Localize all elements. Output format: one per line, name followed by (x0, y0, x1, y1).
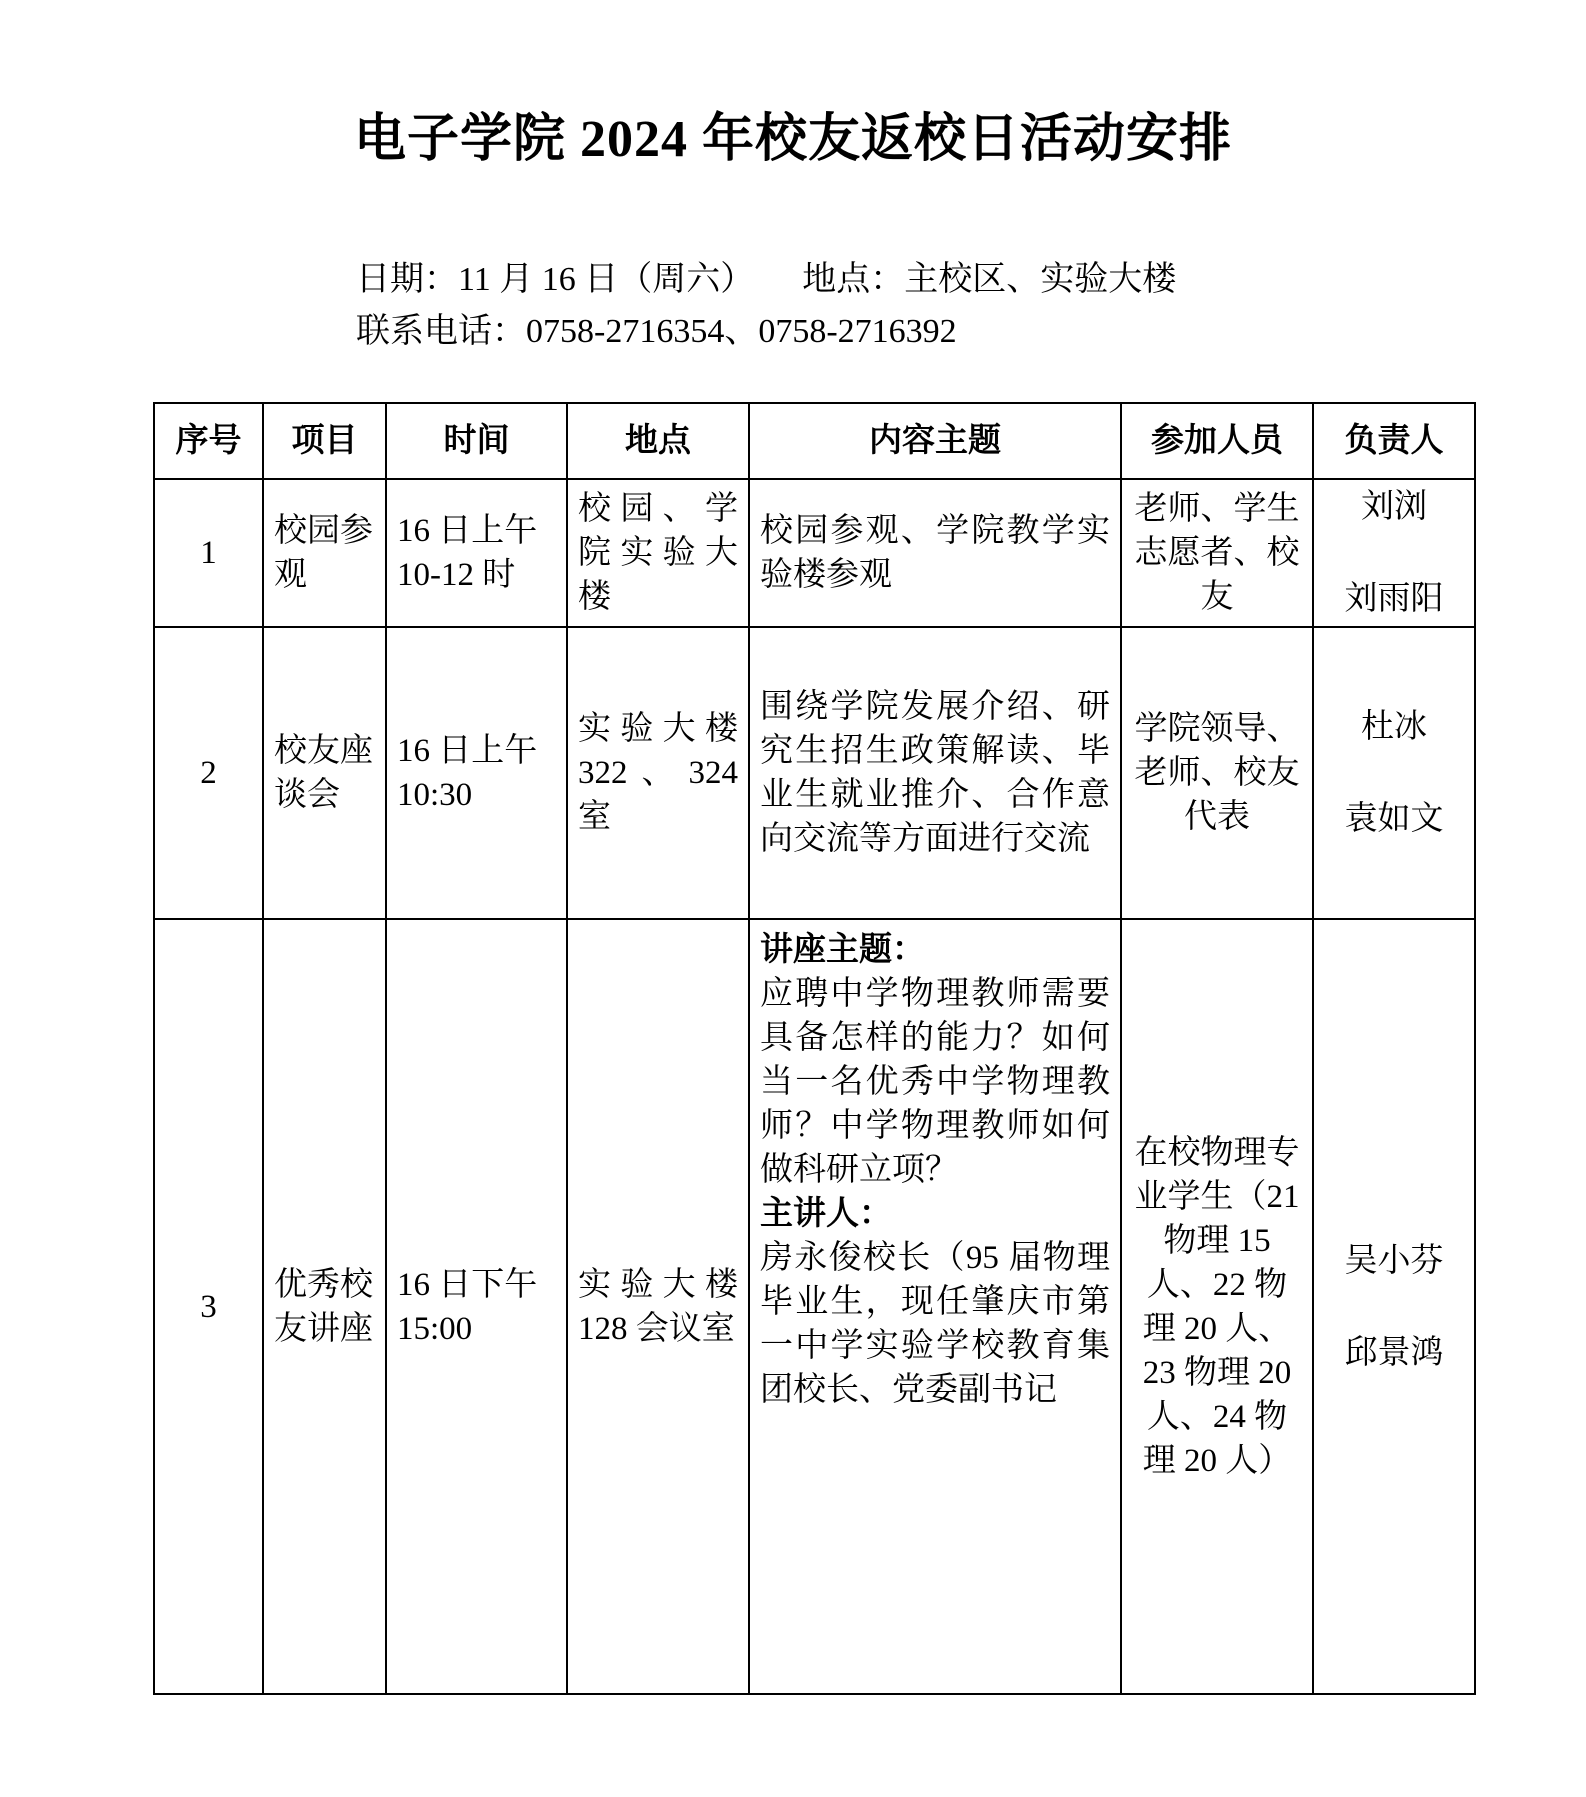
row3-content: 讲座主题： 应聘中学物理教师需要具备怎样的能力？如何当一名优秀中学物理教师？中学… (749, 919, 1121, 1694)
info-line-date-place: 日期：11 月 16 日（周六）地点：主校区、实验大楼 (356, 254, 1176, 306)
row1-content: 校园参观、学院教学实验楼参观 (749, 479, 1121, 627)
row1-leads: 刘浏 刘雨阳 (1313, 479, 1475, 627)
row3-time: 16 日下午 15:00 (386, 919, 567, 1694)
row3-participants: 在校物理专业学生（21 物理 15 人、22 物理 20 人、23 物理 20 … (1121, 919, 1313, 1694)
table-row-3: 3 优秀校友讲座 16 日下午 15:00 实验大楼 128 会议室 讲座主题：… (154, 919, 1475, 1694)
row1-project: 校园参观 (263, 479, 386, 627)
row2-lead-1: 杜冰 (1324, 705, 1464, 749)
row3-place: 实验大楼 128 会议室 (567, 919, 749, 1694)
info-line-phone: 联系电话：0758-2716354、0758-2716392 (356, 306, 1176, 358)
phone-text: 联系电话：0758-2716354、0758-2716392 (356, 313, 957, 350)
header-participants: 参加人员 (1121, 403, 1313, 479)
header-place: 地点 (567, 403, 749, 479)
row3-no: 3 (154, 919, 263, 1694)
row2-leads: 杜冰 袁如文 (1313, 627, 1475, 919)
row3-content-speaker-label: 主讲人： (760, 1192, 1110, 1236)
row1-time: 16 日上午 10-12 时 (386, 479, 567, 627)
row1-lead-2: 刘雨阳 (1324, 577, 1464, 621)
row2-time: 16 日上午 10:30 (386, 627, 567, 919)
row3-leads: 吴小芬 邱景鸿 (1313, 919, 1475, 1694)
place-text: 地点：主校区、实验大楼 (802, 261, 1176, 298)
header-lead: 负责人 (1313, 403, 1475, 479)
header-content: 内容主题 (749, 403, 1121, 479)
row3-lead-1: 吴小芬 (1324, 1239, 1464, 1283)
row2-no: 2 (154, 627, 263, 919)
row2-lead-2: 袁如文 (1324, 797, 1464, 841)
row1-no: 1 (154, 479, 263, 627)
table-row-2: 2 校友座谈会 16 日上午 10:30 实验大楼 322、324 室 围绕学院… (154, 627, 1475, 919)
info-block: 日期：11 月 16 日（周六）地点：主校区、实验大楼 联系电话：0758-27… (356, 254, 1176, 358)
document-page: 电子学院 2024 年校友返校日活动安排 日期：11 月 16 日（周六）地点：… (0, 0, 1586, 1797)
schedule-table: 序号 项目 时间 地点 内容主题 参加人员 负责人 1 校园参观 16 日上午 … (153, 402, 1476, 1695)
row1-place: 校园、学院实验大楼 (567, 479, 749, 627)
row3-content-speaker-text: 房永俊校长（95 届物理毕业生，现任肇庆市第一中学实验学校教育集团校长、党委副书… (760, 1236, 1110, 1412)
row3-content-lecture-topic-text: 应聘中学物理教师需要具备怎样的能力？如何当一名优秀中学物理教师？中学物理教师如何… (760, 972, 1110, 1192)
page-title: 电子学院 2024 年校友返校日活动安排 (0, 96, 1586, 171)
table-row-1: 1 校园参观 16 日上午 10-12 时 校园、学院实验大楼 校园参观、学院教… (154, 479, 1475, 627)
row2-content: 围绕学院发展介绍、研究生招生政策解读、毕业生就业推介、合作意向交流等方面进行交流 (749, 627, 1121, 919)
header-row: 序号 项目 时间 地点 内容主题 参加人员 负责人 (154, 403, 1475, 479)
header-no: 序号 (154, 403, 263, 479)
header-project: 项目 (263, 403, 386, 479)
row3-lead-2: 邱景鸿 (1324, 1331, 1464, 1375)
row3-content-lecture-topic-label: 讲座主题： (760, 928, 1110, 972)
row1-lead-1: 刘浏 (1324, 485, 1464, 529)
date-text: 日期：11 月 16 日（周六） (356, 261, 754, 298)
row2-participants: 学院领导、老师、校友代表 (1121, 627, 1313, 919)
row3-project: 优秀校友讲座 (263, 919, 386, 1694)
header-time: 时间 (386, 403, 567, 479)
row2-place: 实验大楼 322、324 室 (567, 627, 749, 919)
row1-participants: 老师、学生志愿者、校友 (1121, 479, 1313, 627)
row2-project: 校友座谈会 (263, 627, 386, 919)
